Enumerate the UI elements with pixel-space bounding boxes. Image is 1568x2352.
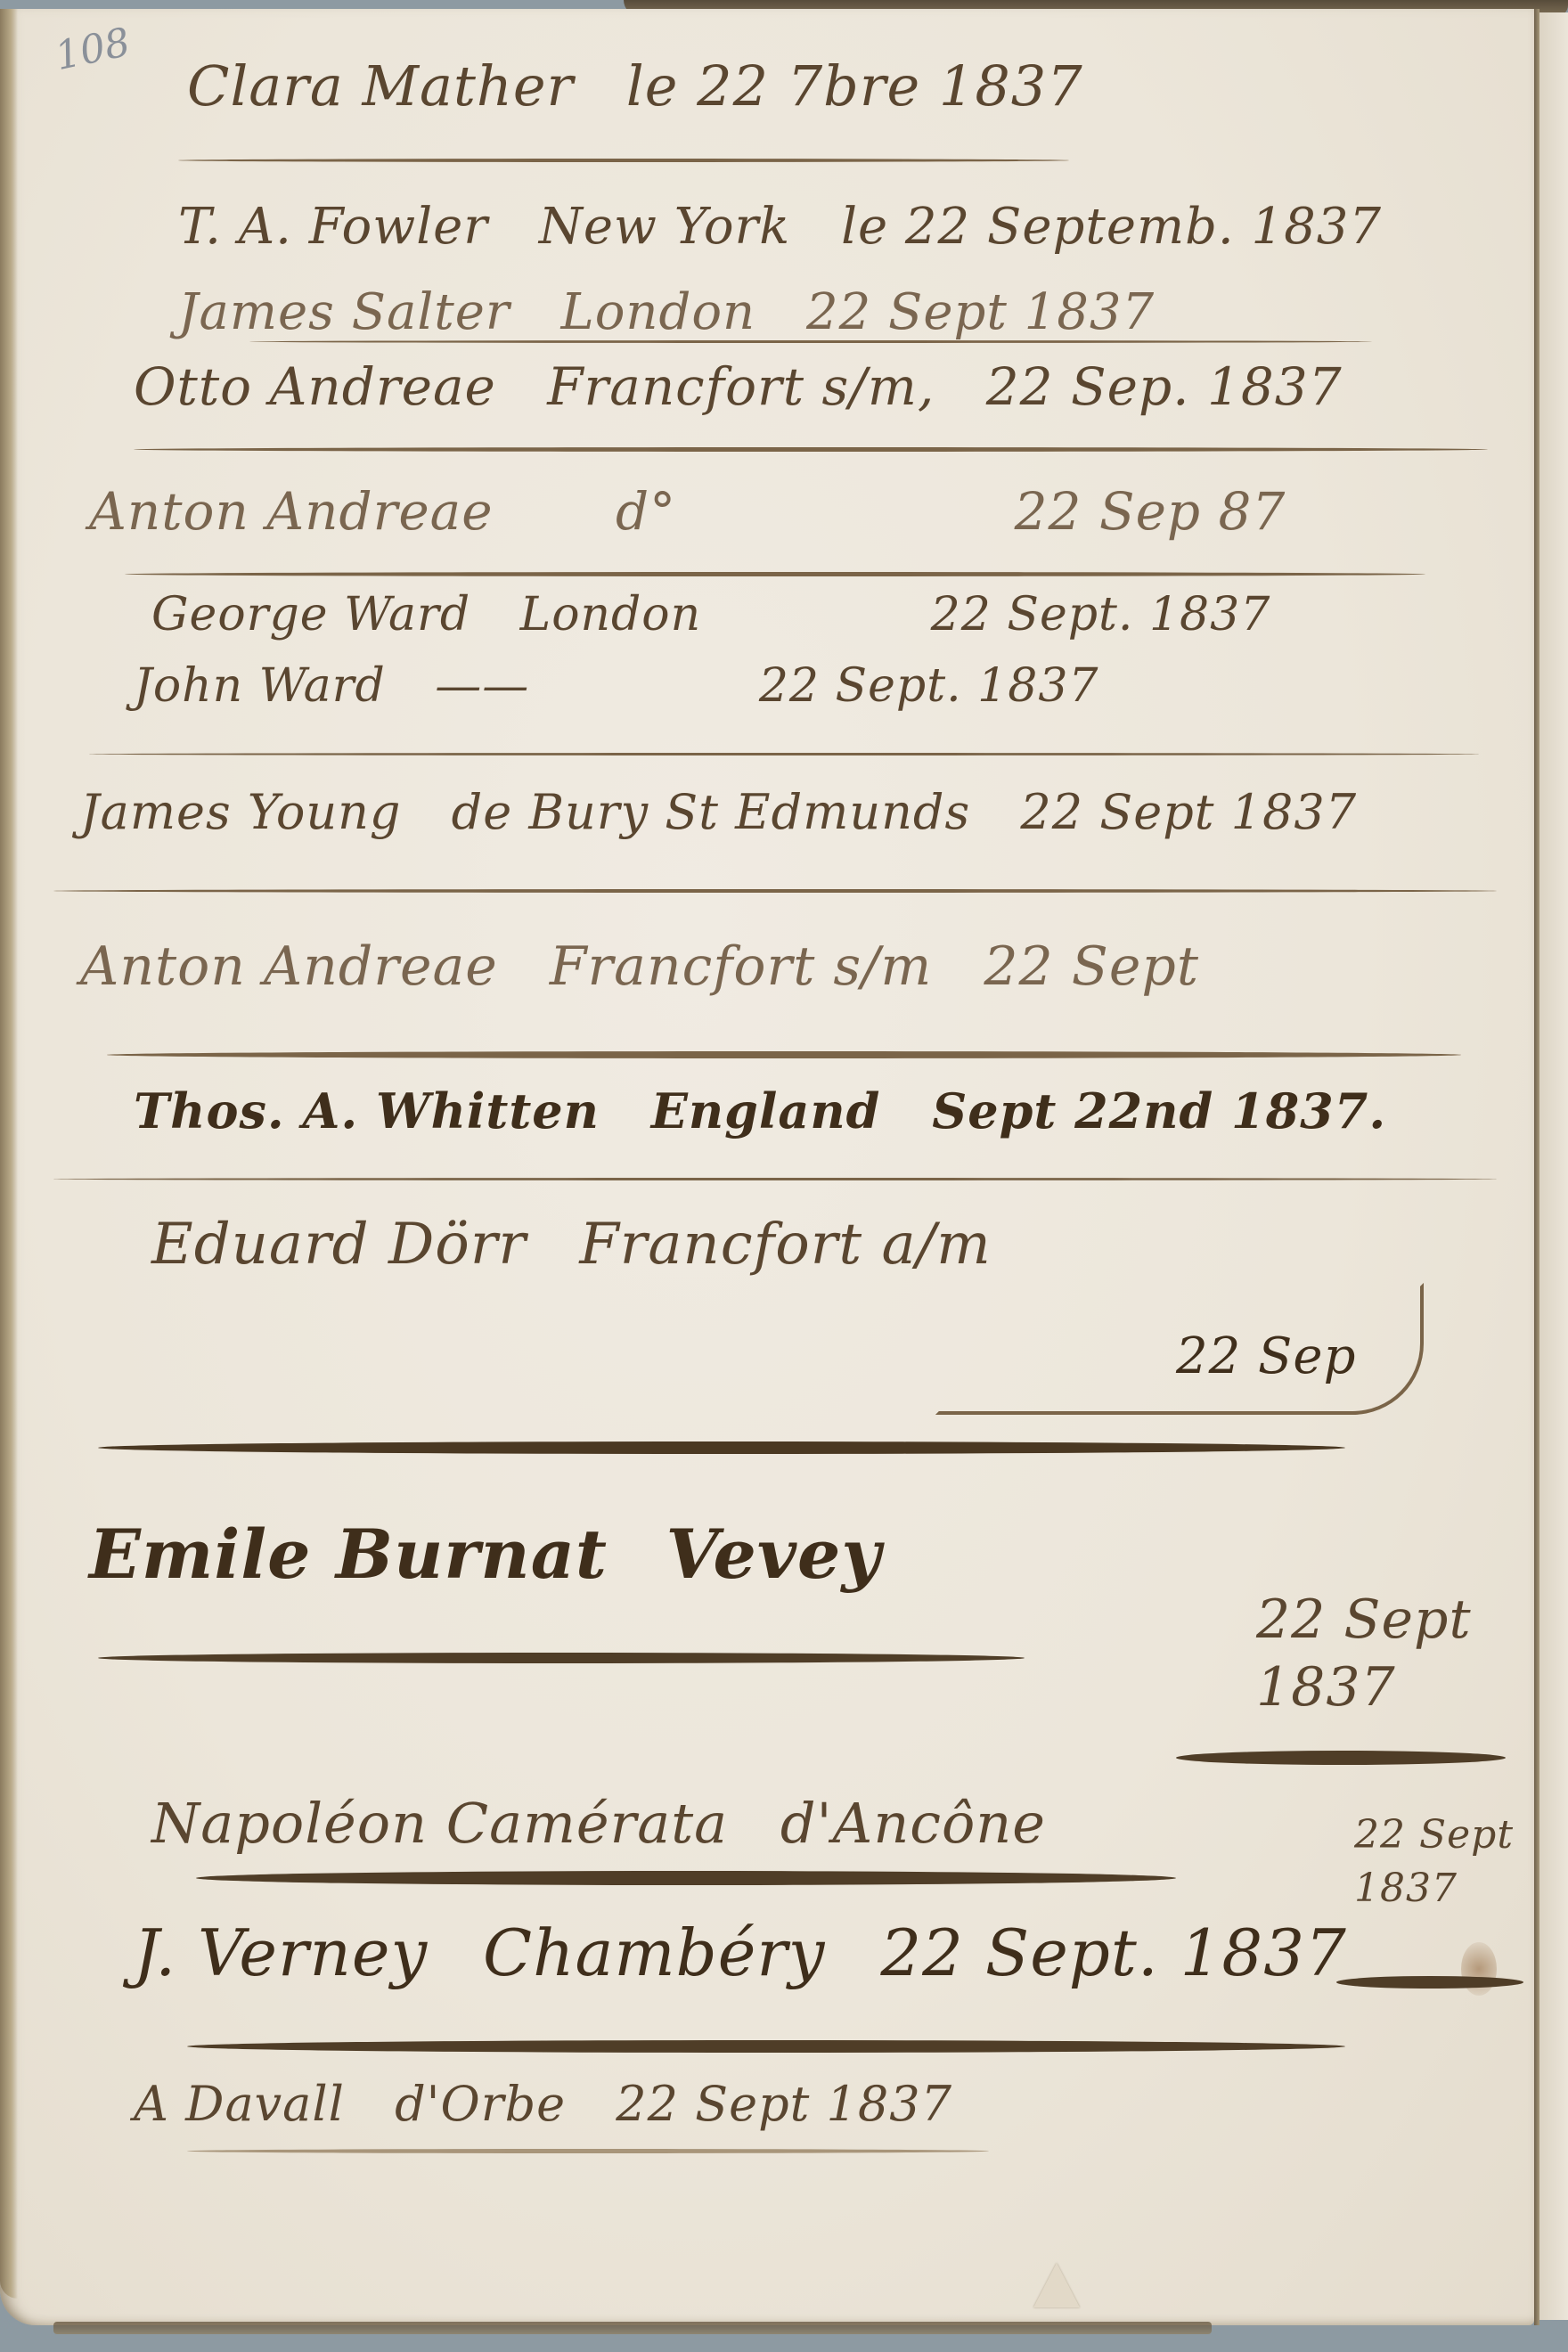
entry-date: 22 Sept. 1837	[931, 588, 1271, 641]
entry-place: New York	[539, 198, 790, 256]
register-entry: Thos. A. Whitten England Sept 22nd 1837.	[134, 1082, 1386, 1139]
entry-place: ——	[435, 659, 529, 713]
entry-place: Francfort s/m,	[547, 356, 935, 417]
paper-fold	[1033, 2263, 1080, 2307]
rule	[89, 753, 1479, 755]
entry-place: London	[561, 283, 756, 341]
entry-date: Sept 22nd 1837.	[932, 1082, 1386, 1139]
entry-date: 22 Sept. 1837	[759, 659, 1099, 713]
entry-place: England	[651, 1082, 881, 1139]
zigzag-rule	[125, 572, 1425, 576]
entry-date: 22 Sept 1837	[806, 283, 1155, 341]
entry-name: Emile Burnat	[89, 1515, 608, 1594]
register-entry: George Ward London 22 Sept. 1837	[151, 588, 1270, 641]
heavy-rule	[187, 2040, 1345, 2053]
entry-place: Francfort s/m	[550, 935, 932, 998]
register-entry: James Salter London 22 Sept 1837	[178, 283, 1155, 341]
entry-name: T. A. Fowler	[178, 198, 488, 256]
rule	[53, 889, 1497, 893]
entry-name: Thos. A. Whitten	[134, 1082, 600, 1139]
entry-date: 22 Sept	[984, 935, 1199, 998]
entry-place: d°	[616, 481, 676, 542]
entry-date: 22 Sept 1837	[1354, 1809, 1515, 1915]
register-entry: James Young de Bury St Edmunds 22 Sept 1…	[80, 784, 1357, 840]
entry-name: Otto Andreae	[134, 356, 496, 417]
entry-name: James Young	[80, 784, 401, 840]
register-entry: Anton Andreae Francfort s/m 22 Sept	[80, 935, 1199, 998]
flourish-underline	[178, 159, 1069, 162]
entry-name: Anton Andreae	[80, 935, 498, 998]
entry-place: Francfort a/m	[579, 1212, 992, 1278]
entry-name: Napoléon Camérata	[151, 1791, 728, 1856]
entry-date: 22 Sept 1837	[1020, 784, 1357, 840]
register-entry: Emile Burnat Vevey	[89, 1515, 916, 1594]
entry-date: 22 Sep 87	[1015, 481, 1286, 542]
register-entry: T. A. Fowler New York le 22 Septemb. 183…	[178, 198, 1382, 256]
bottom-binding-edge	[53, 2322, 1212, 2334]
register-entry-date: 22 Sept 1837	[1256, 1586, 1523, 1721]
entry-date: 22 Sep. 1837	[986, 356, 1343, 417]
thick-rule	[107, 1051, 1461, 1058]
entry-date: le 22 7bre 1837	[626, 53, 1083, 118]
register-entry: John Ward —— 22 Sept. 1837	[134, 659, 1098, 713]
entry-date: 22 Sept 1837	[1256, 1586, 1523, 1721]
entry-place: d'Ancône	[780, 1791, 1046, 1856]
page-stack-edge	[0, 9, 18, 2299]
entry-name: A Davall	[134, 2076, 345, 2132]
heavy-rule	[196, 1871, 1176, 1885]
entry-name: John Ward	[134, 659, 386, 713]
entry-place: d'Orbe	[395, 2076, 566, 2132]
underline	[187, 2149, 989, 2153]
entry-place: Chambéry	[483, 1915, 825, 1990]
entry-date: 22 Sept 1837	[616, 2076, 952, 2132]
scanned-page: 108 Clara Mather le 22 7bre 1837 T. A. F…	[0, 0, 1568, 2352]
register-entry: A Davall d'Orbe 22 Sept 1837	[134, 2076, 952, 2132]
facing-page-edge	[1539, 12, 1568, 2320]
heavy-rule	[98, 1441, 1345, 1454]
zigzag-rule	[134, 447, 1488, 452]
entry-place: London	[520, 588, 701, 641]
register-entry: Anton Andreae d° 22 Sep 87	[89, 481, 1286, 542]
register-entry: Otto Andreae Francfort s/m, 22 Sep. 1837	[134, 356, 1343, 417]
flourish-bracket	[935, 1283, 1424, 1415]
register-entry: J. Verney Chambéry 22 Sept. 1837	[134, 1915, 1347, 1990]
entry-name: J. Verney	[134, 1915, 428, 1990]
entry-name: James Salter	[178, 283, 510, 341]
entry-name: George Ward	[151, 588, 470, 641]
entry-place: Vevey	[666, 1515, 882, 1594]
register-entry: Eduard Dörr Francfort a/m	[151, 1212, 1025, 1278]
underline	[249, 340, 1372, 343]
entry-place: de Bury St Edmunds	[452, 784, 971, 840]
register-entry-date: 22 Sept 1837	[1354, 1809, 1515, 1915]
entry-date: le 22 Septemb. 1837	[841, 198, 1382, 256]
register-entry: Napoléon Camérata d'Ancône	[151, 1791, 1080, 1856]
entry-name: Anton Andreae	[89, 481, 494, 542]
entry-name: Clara Mather	[187, 53, 574, 118]
heavy-rule	[98, 1653, 1025, 1663]
entry-name: Eduard Dörr	[151, 1212, 527, 1278]
rule	[53, 1178, 1497, 1180]
register-entry: Clara Mather le 22 7bre 1837	[187, 53, 1083, 118]
entry-date: 22 Sept. 1837	[880, 1915, 1346, 1990]
heavy-flourish	[1336, 1976, 1523, 1989]
heavy-flourish	[1176, 1751, 1506, 1765]
